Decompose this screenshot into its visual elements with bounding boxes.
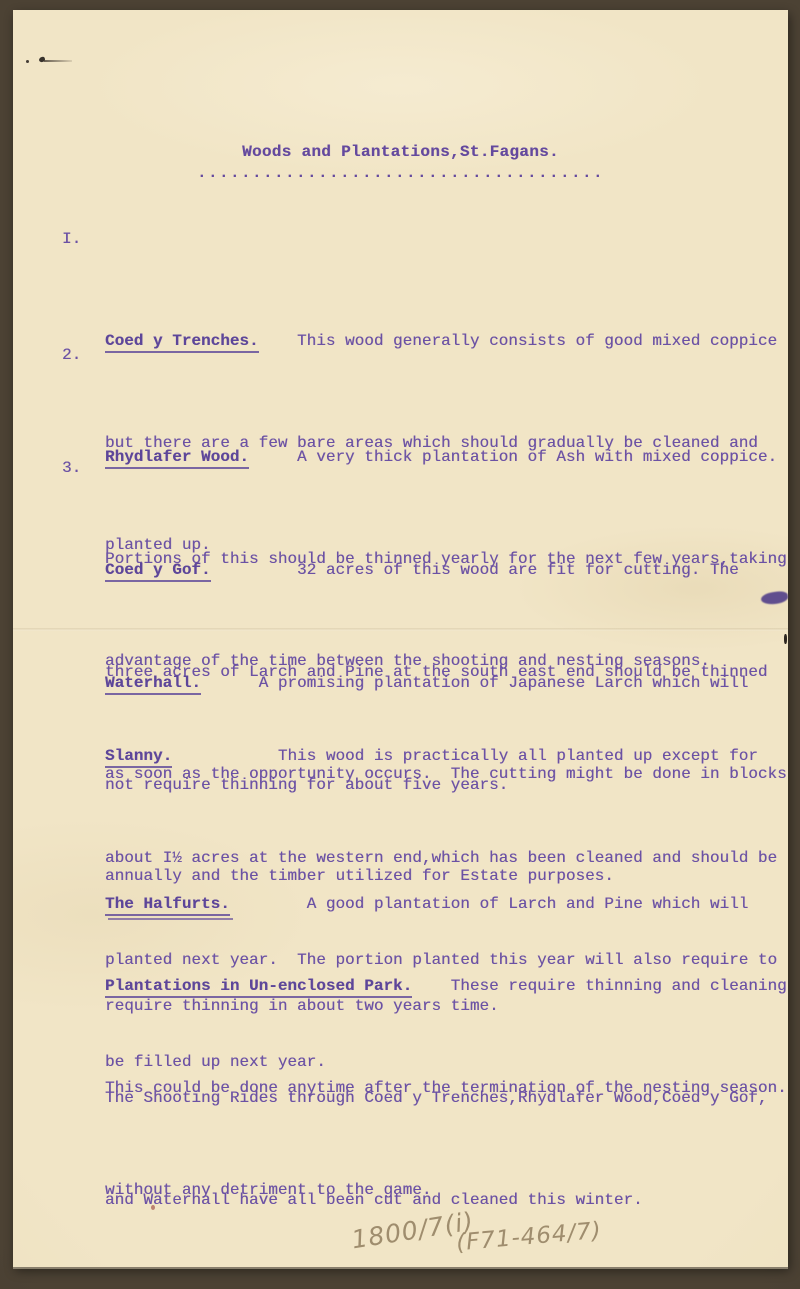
text-line: Slanny. This wood is practically all pla… [105,739,786,773]
text-run: These require thinning and cleaning [412,977,786,995]
section-number: I. [62,222,81,256]
section-heading: Plantations in Un-enclosed Park. [105,977,412,998]
text-run: This wood is practically all planted up … [172,747,758,765]
ink-stroke [44,60,72,62]
section-shooting-rides: The Shooting Rides through Coed y Trench… [105,1013,786,1285]
section-number: 3. [62,451,81,485]
text-run: 32 acres of this wood are fit for cuttin… [211,561,739,579]
section-number: 2. [62,338,81,372]
title-underline-dots: ..................................... [13,163,788,183]
ink-dot [26,60,29,63]
text-line: The Shooting Rides through Coed y Trench… [105,1081,786,1115]
section-heading: Slanny. [105,747,172,768]
document-page: Woods and Plantations,St.Fagans. .......… [13,10,788,1267]
section-heading: Coed y Gof. [105,561,211,582]
red-ink-dot [151,1205,155,1210]
background-mat: Woods and Plantations,St.Fagans. .......… [0,0,800,1289]
edge-nick-mark [784,634,787,644]
text-line: Coed y Gof. 32 acres of this wood are fi… [105,553,786,587]
paper-fold-crease [13,628,788,631]
stray-ink-mark [26,53,78,67]
text-line: Plantations in Un-enclosed Park. These r… [105,969,786,1003]
document-title: Woods and Plantations,St.Fagans. [13,141,788,163]
